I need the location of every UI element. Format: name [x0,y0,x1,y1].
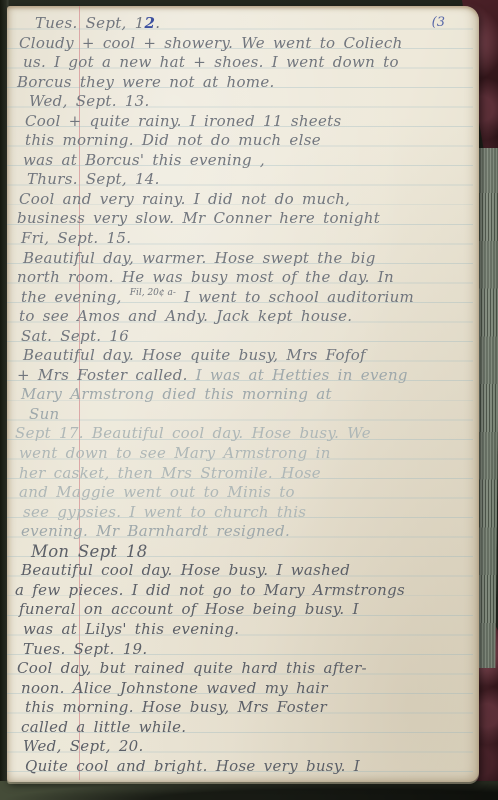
diary-line: the evening, Fil, 20¢ a- I went to schoo… [13,288,473,308]
diary-segment: I went to school auditorium [176,288,414,306]
diary-line: business very slow. Mr Conner here tonig… [13,209,473,229]
diary-line: Cool + quite rainy. I ironed 11 sheets [13,112,473,132]
diary-line: Beautiful day, warmer. Hose swept the bi… [13,249,473,269]
diary-line: Beautiful cool day. Hose busy. I washed [13,561,473,581]
diary-page: (3 Tues. Sept, 12.Cloudy + cool + shower… [7,6,479,782]
diary-line: and Maggie went out to Minis to [13,483,473,503]
diary-line: Mary Armstrong died this morning at [13,385,473,405]
diary-line: us. I got a new hat + shoes. I went down… [13,53,473,73]
diary-line: see gypsies. I went to church this [13,503,473,523]
diary-line: this morning. Did not do much else [13,131,473,151]
diary-line: Quite cool and bright. Hose very busy. I [13,757,473,777]
diary-segment-faint: I was at Hetties in eveng [196,366,408,384]
diary-segment-insert: Fil, 20¢ a- [130,288,176,298]
diary-line: went down to see Mary Armstrong in [13,444,473,464]
diary-segment: Tues. Sept, 1 [35,14,145,32]
table-surface [0,781,498,800]
diary-photo: (3 Tues. Sept, 12.Cloudy + cool + shower… [0,0,498,800]
diary-line: was at Lilys' this evening. [13,620,473,640]
diary-line: Sept 17. Beautiful cool day. Hose busy. … [13,424,473,444]
diary-line: Sun [13,405,473,425]
diary-line: Tues. Sept. 19. [13,640,473,660]
diary-line: Borcus they were not at home. [13,73,473,93]
diary-line: to see Amos and Andy. Jack kept house. [13,307,473,327]
diary-line: evening. Mr Barnhardt resigned. [13,522,473,542]
diary-segment: + Mrs Foster called. [17,366,196,384]
diary-entries: Tues. Sept, 12.Cloudy + cool + showery. … [7,12,473,782]
diary-line: Cloudy + cool + showery. We went to Coli… [13,34,473,54]
diary-line: a few pieces. I did not go to Mary Armst… [13,581,473,601]
diary-line: Cool and very rainy. I did not do much, [13,190,473,210]
diary-line: Wed, Sept, 20. [13,737,473,757]
diary-line: her casket, then Mrs Stromile. Hose [13,464,473,484]
diary-line: Sat. Sept. 16 [13,327,473,347]
diary-segment: . [155,14,160,32]
diary-line: was at Borcus' this evening , [13,151,473,171]
diary-line: Mon Sept 18 [13,542,473,562]
diary-line: Wed, Sept. 13. [13,92,473,112]
diary-line: Tues. Sept, 12. [13,14,473,34]
diary-line: Cool day, but rained quite hard this aft… [13,659,473,679]
diary-line: + Mrs Foster called. I was at Hetties in… [13,366,473,386]
diary-line: this morning. Hose busy, Mrs Foster [13,698,473,718]
diary-line: funeral on account of Hose being busy. I [13,600,473,620]
diary-line: noon. Alice Johnstone waved my hair [13,679,473,699]
diary-line: Beautiful day. Hose quite busy, Mrs Fofo… [13,346,473,366]
diary-segment-blue: 2 [145,14,156,32]
diary-line: called a little while. [13,718,473,738]
diary-segment: the evening, [21,288,130,306]
diary-line: Fri, Sept. 15. [13,229,473,249]
diary-line: Thurs. Sept, 14. [13,170,473,190]
diary-line: north room. He was busy most of the day.… [13,268,473,288]
